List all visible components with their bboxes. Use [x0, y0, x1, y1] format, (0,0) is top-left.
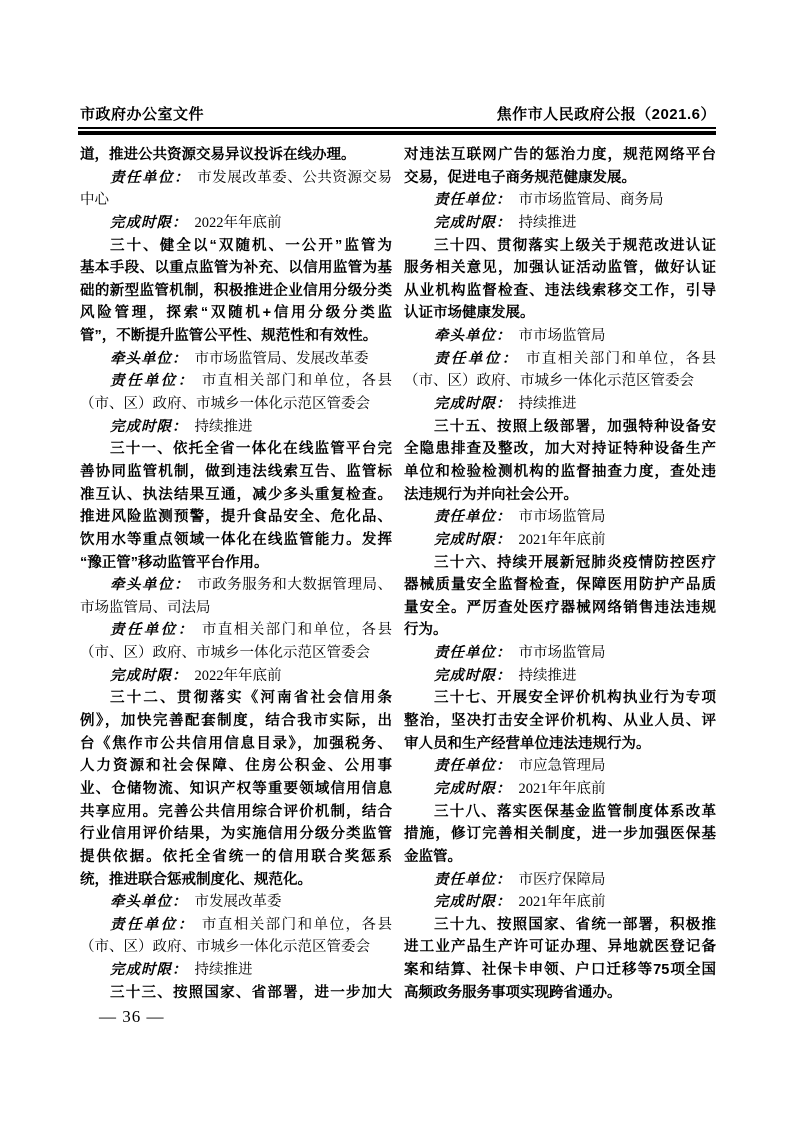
text-line: 责任单位：市直相关部门和单位，各县: [80, 914, 392, 937]
left-column: 道，推进公共资源交易异议投诉在线办理。责任单位：市发展改革委、公共资源交易中心完…: [80, 144, 392, 1004]
field-value: （市、区）政府、市城乡一体化示范区管委会: [80, 396, 370, 412]
field-value: 市直相关部门和单位，各县: [526, 351, 716, 367]
header-rule-thin: [78, 127, 716, 129]
field-label: 完成时限：: [110, 668, 188, 684]
field-label: 完成时限：: [434, 532, 512, 548]
field-value: 2021年年底前: [519, 781, 606, 797]
text-line: 三十四、贯彻落实上级关于规范改进认证: [404, 235, 716, 258]
paragraph-text: 三十六、持续开展新冠肺炎疫情防控医疗: [434, 555, 716, 571]
field-label: 牵头单位：: [110, 894, 188, 910]
text-line: 单位和检验检测机构的监督抽查力度，查处违: [404, 461, 716, 484]
text-line: （市、区）政府、市城乡一体化示范区管委会: [80, 936, 392, 959]
text-line: 从业机构监督检查、违法线索移交工作，引导: [404, 280, 716, 303]
text-line: 牵头单位：市市场监管局、发展改革委: [80, 348, 392, 371]
page-header: 市政府办公室文件 焦作市人民政府公报（2021.6）: [80, 103, 716, 124]
field-label: 责任单位：: [110, 622, 195, 638]
field-label: 责任单位：: [110, 373, 195, 389]
paragraph-text: 风险管理，探索“双随机+信用分级分类监: [80, 305, 392, 321]
text-line: 三十九、按照国家、省统一部署，积极推: [404, 914, 716, 937]
paragraph-text: 三十一、依托全省一体化在线监管平台完: [110, 441, 392, 457]
paragraph-text: 提供依据。依托全省统一的信用联合奖惩系: [80, 849, 392, 865]
field-value: 市直相关部门和单位，各县: [202, 917, 392, 933]
field-value: 市政务服务和大数据管理局、: [197, 577, 392, 593]
text-line: 业、仓储物流、知识产权等重要领域信用信息: [80, 778, 392, 801]
page-number: — 36 —: [99, 1007, 165, 1027]
paragraph-text: 基本手段、以重点监管为补充、以信用监管为基: [80, 260, 392, 276]
text-line: 对违法互联网广告的惩治力度，规范网络平台: [404, 144, 716, 167]
paragraph-text: 三十四、贯彻落实上级关于规范改进认证: [434, 238, 716, 254]
text-line: 完成时限：2021年年底前: [404, 529, 716, 552]
text-line: 例》，加快完善配套制度，结合我市实际，出: [80, 710, 392, 733]
text-line: 风险管理，探索“双随机+信用分级分类监: [80, 302, 392, 325]
field-label: 责任单位：: [434, 192, 512, 208]
text-line: 提供依据。依托全省统一的信用联合奖惩系: [80, 846, 392, 869]
field-label: 完成时限：: [434, 894, 512, 910]
field-value: 市医疗保障局: [519, 872, 606, 888]
text-line: 统，推进联合惩戒制度化、规范化。: [80, 869, 392, 892]
field-label: 牵头单位：: [434, 328, 512, 344]
text-line: 三十一、依托全省一体化在线监管平台完: [80, 438, 392, 461]
field-label: 责任单位：: [434, 872, 512, 888]
paragraph-text: 管”，不断提升监管公平性、规范性和有效性。: [80, 328, 377, 344]
paragraph-text: 善协同监管机制，做到违法线索互告、监管标: [80, 464, 392, 480]
document-page: 市政府办公室文件 焦作市人民政府公报（2021.6） 道，推进公共资源交易异议投…: [0, 0, 793, 1122]
text-line: 三十六、持续开展新冠肺炎疫情防控医疗: [404, 552, 716, 575]
text-line: 责任单位：市发展改革委、公共资源交易: [80, 167, 392, 190]
paragraph-text: 服务相关意见，加强认证活动监管，做好认证: [404, 260, 716, 276]
text-line: 三十、健全以“双随机、一公开”监管为: [80, 235, 392, 258]
paragraph-text: 整治，坚决打击安全评价机构、从业人员、评: [404, 713, 716, 729]
text-line: 金监管。: [404, 846, 716, 869]
text-line: 完成时限：2022年年底前: [80, 212, 392, 235]
text-line: 完成时限：2021年年底前: [404, 778, 716, 801]
paragraph-text: 三十八、落实医保基金监管制度体系改革: [434, 804, 716, 820]
text-line: （市、区）政府、市城乡一体化示范区管委会: [80, 393, 392, 416]
paragraph-text: 行为。: [404, 622, 448, 638]
text-line: 服务相关意见，加强认证活动监管，做好认证: [404, 257, 716, 280]
field-value: 市直相关部门和单位，各县: [202, 622, 392, 638]
text-line: 牵头单位：市市场监管局: [404, 325, 716, 348]
paragraph-text: 三十七、开展安全评价机构执业行为专项: [434, 690, 716, 706]
text-line: 管”，不断提升监管公平性、规范性和有效性。: [80, 325, 392, 348]
text-line: 进工业产品生产许可证办理、异地就医登记备: [404, 936, 716, 959]
text-line: 责任单位：市直相关部门和单位，各县: [80, 619, 392, 642]
field-label: 责任单位：: [434, 509, 512, 525]
text-line: 器械质量安全监督检查，保障医用防护产品质: [404, 574, 716, 597]
text-line: 饮用水等重点领域一体化在线监管能力。发挥: [80, 529, 392, 552]
field-value: 市市场监管局: [519, 645, 606, 661]
field-value: 市直相关部门和单位，各县: [202, 373, 392, 389]
paragraph-text: 器械质量安全监督检查，保障医用防护产品质: [404, 577, 716, 593]
paragraph-text: 进工业产品生产许可证办理、异地就医登记备: [404, 939, 716, 955]
text-line: 善协同监管机制，做到违法线索互告、监管标: [80, 461, 392, 484]
text-line: 共享应用。完善公共信用综合评价机制，结合: [80, 801, 392, 824]
header-left-title: 市政府办公室文件: [80, 103, 204, 124]
paragraph-text: 人力资源和社会保障、住房公积金、公用事: [80, 758, 392, 774]
paragraph-text: 推进风险监测预警，提升食品安全、危化品、: [80, 509, 392, 525]
text-line: 交易，促进电子商务规范健康发展。: [404, 167, 716, 190]
text-line: 责任单位：市直相关部门和单位，各县: [404, 348, 716, 371]
paragraph-text: 交易，促进电子商务规范健康发展。: [404, 170, 636, 186]
field-value: 持续推进: [519, 396, 577, 412]
text-line: 完成时限：持续推进: [404, 393, 716, 416]
field-value: 市市场监管局、发展改革委: [195, 351, 369, 367]
text-line: 量安全。严厉查处医疗器械网络销售违法违规: [404, 597, 716, 620]
text-line: 认证市场健康发展。: [404, 302, 716, 325]
field-value: 2021年年底前: [519, 894, 606, 910]
text-line: 完成时限：持续推进: [80, 959, 392, 982]
text-line: 三十七、开展安全评价机构执业行为专项: [404, 687, 716, 710]
text-line: 牵头单位：市发展改革委: [80, 891, 392, 914]
paragraph-text: 金监管。: [404, 849, 462, 865]
paragraph-text: 对违法互联网广告的惩治力度，规范网络平台: [404, 147, 716, 163]
text-line: 准互认、执法结果互通，减少多头重复检查。: [80, 484, 392, 507]
text-line: 责任单位：市市场监管局: [404, 506, 716, 529]
text-line: 完成时限：持续推进: [404, 665, 716, 688]
field-label: 责任单位：: [434, 351, 519, 367]
text-line: 行业信用评价结果，为实施信用分级分类监管: [80, 823, 392, 846]
paragraph-text: 审人员和生产经营单位违法违规行为。: [404, 736, 651, 752]
field-value: 持续推进: [195, 962, 253, 978]
paragraph-text: 从业机构监督检查、违法线索移交工作，引导: [404, 283, 716, 299]
field-value: 市发展改革委: [195, 894, 282, 910]
paragraph-text: 认证市场健康发展。: [404, 305, 535, 321]
text-line: 完成时限：2021年年底前: [404, 891, 716, 914]
field-label: 责任单位：: [434, 758, 512, 774]
paragraph-text: 业、仓储物流、知识产权等重要领域信用信息: [80, 781, 392, 797]
text-line: 责任单位：市医疗保障局: [404, 869, 716, 892]
field-value: （市、区）政府、市城乡一体化示范区管委会: [404, 373, 694, 389]
field-value: 持续推进: [195, 419, 253, 435]
field-label: 完成时限：: [434, 396, 512, 412]
text-line: 完成时限：持续推进: [404, 212, 716, 235]
text-line: 三十二、贯彻落实《河南省社会信用条: [80, 687, 392, 710]
field-label: 完成时限：: [434, 781, 512, 797]
field-label: 牵头单位：: [110, 577, 190, 593]
field-label: 完成时限：: [110, 419, 188, 435]
paragraph-text: 全隐患排查及整改，加大对持证特种设备生产: [404, 441, 716, 457]
field-value: 2022年年底前: [195, 668, 282, 684]
text-line: 措施，修订完善相关制度，进一步加强医保基: [404, 823, 716, 846]
field-label: 完成时限：: [110, 962, 188, 978]
paragraph-text: 单位和检验检测机构的监督抽查力度，查处违: [404, 464, 716, 480]
field-value: 市市场监管局: [519, 328, 606, 344]
paragraph-text: 饮用水等重点领域一体化在线监管能力。发挥: [80, 532, 392, 548]
field-value: 持续推进: [519, 668, 577, 684]
field-label: 责任单位：: [434, 645, 512, 661]
field-label: 责任单位：: [110, 170, 190, 186]
paragraph-text: 措施，修订完善相关制度，进一步加强医保基: [404, 826, 716, 842]
text-line: 础的新型监管机制，积极推进企业信用分级分类: [80, 280, 392, 303]
text-line: 审人员和生产经营单位违法违规行为。: [404, 733, 716, 756]
right-column: 对违法互联网广告的惩治力度，规范网络平台交易，促进电子商务规范健康发展。责任单位…: [404, 144, 716, 1004]
paragraph-text: 量安全。严厉查处医疗器械网络销售违法违规: [404, 600, 716, 616]
field-label: 完成时限：: [434, 215, 512, 231]
text-line: 法违规行为并向社会公开。: [404, 484, 716, 507]
text-line: 市场监管局、司法局: [80, 597, 392, 620]
field-value: 中心: [80, 192, 109, 208]
text-line: 三十八、落实医保基金监管制度体系改革: [404, 801, 716, 824]
field-label: 责任单位：: [110, 917, 195, 933]
paragraph-text: 行业信用评价结果，为实施信用分级分类监管: [80, 826, 392, 842]
field-value: 2022年年底前: [195, 215, 282, 231]
paragraph-text: 三十九、按照国家、省统一部署，积极推: [434, 917, 716, 933]
text-line: 完成时限：持续推进: [80, 416, 392, 439]
text-line: 推进风险监测预警，提升食品安全、危化品、: [80, 506, 392, 529]
paragraph-text: 三十三、按照国家、省部署，进一步加大: [110, 985, 392, 1001]
text-line: 责任单位：市市场监管局、商务局: [404, 189, 716, 212]
paragraph-text: 共享应用。完善公共信用综合评价机制，结合: [80, 804, 392, 820]
paragraph-text: 三十、健全以“双随机、一公开”监管为: [110, 238, 392, 254]
text-line: 中心: [80, 189, 392, 212]
field-label: 牵头单位：: [110, 351, 188, 367]
field-value: 市发展改革委、公共资源交易: [197, 170, 392, 186]
field-value: 市应急管理局: [519, 758, 606, 774]
paragraph-text: 法违规行为并向社会公开。: [404, 487, 578, 503]
paragraph-text: 例》，加快完善配套制度，结合我市实际，出: [80, 713, 392, 729]
field-label: 完成时限：: [434, 668, 512, 684]
paragraph-text: 统，推进联合惩戒制度化、规范化。: [80, 872, 312, 888]
paragraph-text: 三十二、贯彻落实《河南省社会信用条: [110, 690, 392, 706]
text-line: 完成时限：2022年年底前: [80, 665, 392, 688]
field-value: 市市场监管局、商务局: [519, 192, 664, 208]
paragraph-text: 高频政务服务事项实现跨省通办。: [404, 985, 622, 1001]
paragraph-text: 准互认、执法结果互通，减少多头重复检查。: [80, 487, 392, 503]
text-line: 高频政务服务事项实现跨省通办。: [404, 982, 716, 1005]
header-rule-thick: [78, 131, 716, 135]
paragraph-text: 础的新型监管机制，积极推进企业信用分级分类: [80, 283, 392, 299]
text-line: （市、区）政府、市城乡一体化示范区管委会: [404, 370, 716, 393]
field-value: （市、区）政府、市城乡一体化示范区管委会: [80, 939, 370, 955]
text-line: 道，推进公共资源交易异议投诉在线办理。: [80, 144, 392, 167]
paragraph-text: “豫正管”移动监管平台作用。: [80, 555, 269, 571]
text-line: 案和结算、社保卡申领、户口迁移等75项全国: [404, 959, 716, 982]
field-value: 持续推进: [519, 215, 577, 231]
paragraph-text: 案和结算、社保卡申领、户口迁移等75项全国: [404, 962, 716, 978]
field-value: 市场监管局、司法局: [80, 600, 211, 616]
text-line: 整治，坚决打击安全评价机构、从业人员、评: [404, 710, 716, 733]
paragraph-text: 台《焦作市公共信用信息目录》，加强税务、: [80, 736, 392, 752]
field-value: 2021年年底前: [519, 532, 606, 548]
text-line: 三十三、按照国家、省部署，进一步加大: [80, 982, 392, 1005]
header-right-title: 焦作市人民政府公报（2021.6）: [497, 103, 716, 124]
text-line: 台《焦作市公共信用信息目录》，加强税务、: [80, 733, 392, 756]
text-line: 人力资源和社会保障、住房公积金、公用事: [80, 755, 392, 778]
text-line: 牵头单位：市政务服务和大数据管理局、: [80, 574, 392, 597]
text-line: 基本手段、以重点监管为补充、以信用监管为基: [80, 257, 392, 280]
text-line: 责任单位：市直相关部门和单位，各县: [80, 370, 392, 393]
text-line: 责任单位：市市场监管局: [404, 642, 716, 665]
text-line: （市、区）政府、市城乡一体化示范区管委会: [80, 642, 392, 665]
paragraph-text: 三十五、按照上级部署，加强特种设备安: [434, 419, 716, 435]
text-line: 行为。: [404, 619, 716, 642]
field-value: 市市场监管局: [519, 509, 606, 525]
paragraph-text: 道，推进公共资源交易异议投诉在线办理。: [80, 147, 356, 163]
text-line: 全隐患排查及整改，加大对持证特种设备生产: [404, 438, 716, 461]
text-line: 三十五、按照上级部署，加强特种设备安: [404, 416, 716, 439]
text-line: “豫正管”移动监管平台作用。: [80, 552, 392, 575]
text-line: 责任单位：市应急管理局: [404, 755, 716, 778]
field-label: 完成时限：: [110, 215, 188, 231]
field-value: （市、区）政府、市城乡一体化示范区管委会: [80, 645, 370, 661]
